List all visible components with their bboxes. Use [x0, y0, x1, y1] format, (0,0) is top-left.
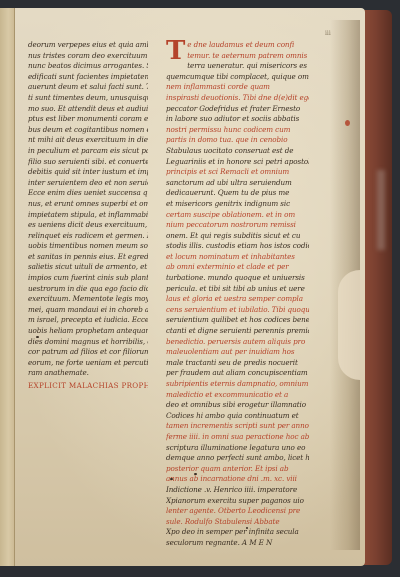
text-line: maledictio et excommunicatio et a: [166, 390, 309, 401]
text-line: relinquet eis radicem et germen. Et orie…: [28, 231, 148, 242]
text-line: eorum, ne forte ueniam et percutiam ter: [28, 358, 148, 369]
text-line: stodis illis. custodis etiam hos istos c…: [166, 241, 309, 252]
text-line: Stabulaus uocitato conseruat est de: [166, 146, 309, 157]
text-line: impios cum fuerint cinis sub planta pedu…: [28, 273, 148, 284]
text-line: nem inflammasti corde quam: [166, 82, 309, 93]
text-line: cens seruientium et iubilatio. Tibi quoq…: [166, 305, 309, 316]
text-line: annus ab incarnatione dni .m. xc. viii: [166, 474, 309, 485]
text-line: edificati sunt facientes impietatem et t…: [28, 72, 148, 83]
text-line: benedictio. peruersis autem aliquis pro: [166, 337, 309, 348]
ink-spot: [170, 478, 173, 480]
text-line: inter seruientem deo et non seruientem e…: [28, 178, 148, 189]
text-line: male tractanti seu de predis nocuerit: [166, 358, 309, 369]
text-line: exercituum. Mementote legis moysi serui: [28, 294, 148, 305]
text-line: debitis quid sit inter iustum et impium,…: [28, 167, 148, 178]
text-line: et misericors genitrix indignum sic: [166, 199, 309, 210]
ink-spot: [246, 527, 248, 529]
text-line: peccator Godefridus et frater Ernesto: [166, 104, 309, 115]
text-line: in labore suo adiutor et sociis abbatis: [166, 114, 309, 125]
red-wax-spot: [345, 120, 350, 126]
text-line: et sanitas in pennis eius. Et egrediemin…: [28, 252, 148, 263]
text-line: es ueniens dicit deus exercituum, que no…: [28, 220, 148, 231]
text-line: uestrorum in die qua ego facio dicit deu…: [28, 284, 148, 295]
text-line: nus, et erunt omnes superbi et omnes fac…: [28, 199, 148, 210]
text-line: principis et sci Remacli et omnium: [166, 167, 309, 178]
text-line: seculorum regnante. A M E N: [166, 538, 309, 549]
text-line: ferme iiii. in omni sua peractione hoc a…: [166, 432, 309, 443]
text-line: mo suo. Et attendit deus et audiuit, et …: [28, 104, 148, 115]
text-line: terra ueneratur. qui misericors es in: [187, 61, 309, 72]
folded-corner: [338, 270, 360, 380]
text-line: et locum nominatum et inhabitantes: [166, 252, 309, 263]
text-line: ti sunt timentes deum, unusquisque cum p…: [28, 93, 148, 104]
text-line: Xpo deo in semper per infinita secula: [166, 527, 309, 538]
text-line: nt mihi ait deus exercituum in die qua e…: [28, 135, 148, 146]
text-line: nium peccatorum nostrorum remissi: [166, 220, 309, 231]
text-line: nus tristes coram deo exercituum? Ergo: [28, 51, 148, 62]
text-line: Leguariniis et in honore sci petri apost…: [166, 157, 309, 168]
text-line: seruientium quilibet et hos codices bene…: [166, 315, 309, 326]
text-line: deo et omnibus sibi erogetur illamnatio: [166, 400, 309, 411]
text-line: ptus est liber monumenti coram eo timent…: [28, 114, 148, 125]
text-line: Codices hi ambo quia continuatum et: [166, 411, 309, 422]
decorated-initial: T: [166, 40, 185, 62]
text-line: nunc beatos dicimus arrogantes. Siquidem: [28, 61, 148, 72]
text-line: uobis timentibus nomen meum sol iustitie…: [28, 241, 148, 252]
text-line: filio suo seruienti sibi. et conuertemin…: [28, 157, 148, 168]
text-line: m israel, precepta et iudicia. Ecce ego …: [28, 315, 148, 326]
text-line: onem. Et qui regis subditis sicut et cu: [166, 231, 309, 242]
text-line: uobis heliam prophetam antequam ueniat: [28, 326, 148, 337]
text-line: in peculium et parcam eis sicut parcit u…: [28, 146, 148, 157]
text-line: maleuolentiam aut per inuidiam hos: [166, 347, 309, 358]
text-line: partis in domo tua. que in cenobio: [166, 135, 309, 146]
text-line: inspirasti deuotionis. Tibi dne d(e)dit …: [166, 93, 309, 104]
text-line: nostri permissu hunc codicem cum: [166, 125, 309, 136]
text-line: bus deum et cogitantibus nomen eius. Et …: [28, 125, 148, 136]
text-line: subripientis eternis dampnatio, omnium: [166, 379, 309, 390]
text-line: demque anno perfecti sunt ambo, licet hi…: [166, 453, 309, 464]
text-line: per fraudem aut aliam concupiscentiam: [166, 368, 309, 379]
text-line: lenter agente. Otberto Leodicensi pre: [166, 506, 309, 517]
text-line: cor patrum ad filios et cor filiorum ad …: [28, 347, 148, 358]
text-line: posterior quam anterior. Et ipsi ab: [166, 464, 309, 475]
text-line: mei, quam mandaui ei in choreb ad omne: [28, 305, 148, 316]
text-line: sanctorum ad ubi ultra seruiendum: [166, 178, 309, 189]
text-line: ctanti et digne seruienti perennis premi…: [166, 326, 309, 337]
text-line: dies domini magnus et horribilis, et con…: [28, 337, 148, 348]
text-line: deorum verpepes eius et quia ambulauim: [28, 40, 148, 51]
text-line: quemcumque tibi complacet, quique om: [166, 72, 309, 83]
text-line: impietatem stipula, et inflammabit eos d…: [28, 210, 148, 221]
text-line: Indictione .v. Henrico iiii. imperatore: [166, 485, 309, 496]
text-line: scriptura illuminatione legatura uno eo: [166, 443, 309, 454]
text-line: turbatione. mundo quoque et uniuersis: [166, 273, 309, 284]
ink-spot: [194, 473, 197, 475]
explicit-rubric: EXPLICIT MALACHIAS PROPHA: [28, 381, 148, 392]
left-column: deorum verpepes eius et quia ambulauimnu…: [28, 40, 148, 392]
text-line: Xpianorum exercitu super paganos uio: [166, 496, 309, 507]
text-line: salietis sicut uituli de armento, et cal…: [28, 262, 148, 273]
folio-number: iii: [325, 30, 331, 37]
text-line: ab omni exterminio et clade et per: [166, 262, 309, 273]
text-line: sule. Rodulfo Stabulensi Abbate: [166, 517, 309, 528]
text-line: tamen incrementis scripti sunt per annos: [166, 421, 309, 432]
text-line: Ecce enim dies ueniet succensa quasi cam…: [28, 188, 148, 199]
text-line: certam suscipe oblationem. et in om: [166, 210, 309, 221]
text-line: auerunt deum et salui facti sunt. Tunc l…: [28, 82, 148, 93]
text-line: pericula. et tibi sit tibi ab unius et u…: [166, 284, 309, 295]
text-line: ram anathemate.: [28, 368, 148, 379]
board-wear: [377, 170, 385, 250]
text-line: temur. te aeternum patrem omnis: [187, 51, 309, 62]
ink-spot: [36, 336, 39, 338]
text-line: laus et gloria et uestra semper compla: [166, 294, 309, 305]
gutter-previous-page: [0, 8, 15, 566]
text-line: e dne laudamus et deum confi: [187, 40, 309, 51]
text-line: dedicauerunt. Quem tu de pius me: [166, 188, 309, 199]
right-column: Te dne laudamus et deum confitemur. te a…: [166, 40, 309, 549]
